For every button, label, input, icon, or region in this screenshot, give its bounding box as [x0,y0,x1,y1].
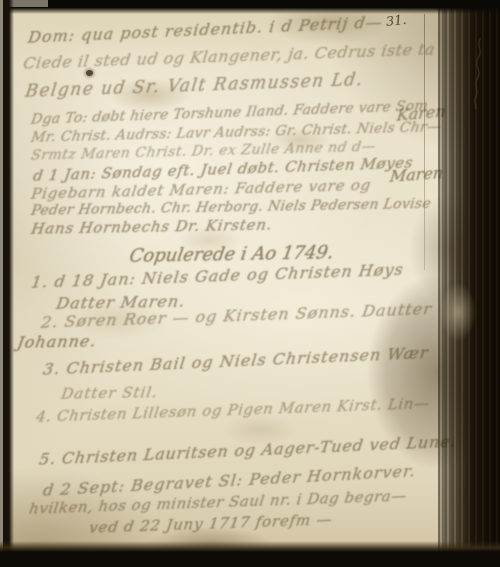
manuscript-page-photo: Copulerede i Ao 1749. Dom: qua post resi… [0,0,500,567]
book-binding-edge [438,0,500,567]
photo-frame-top [0,0,500,14]
binding-vertical-scribble [469,36,486,111]
photo-frame-bottom [0,541,500,567]
page-curl-shadow [0,0,500,567]
photo-frame-left [0,0,14,567]
